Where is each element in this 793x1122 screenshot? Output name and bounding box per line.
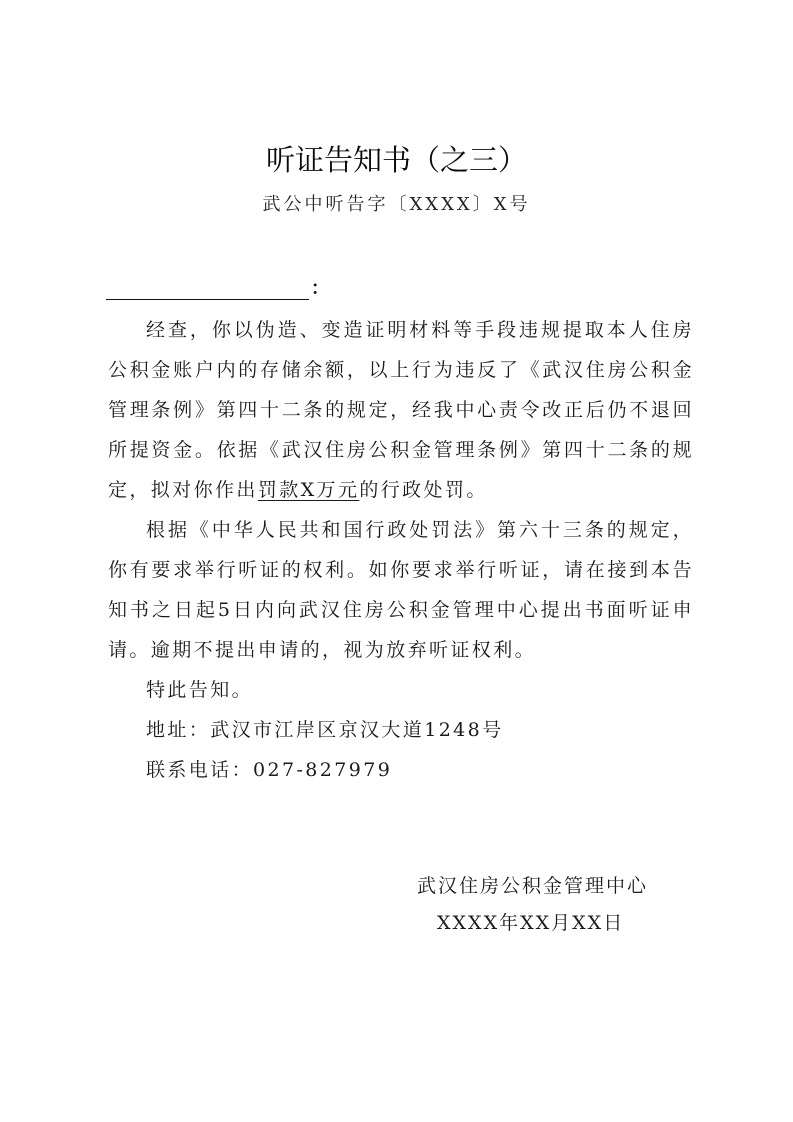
issuing-organization: 武汉住房公积金管理中心 <box>417 868 648 905</box>
paragraph-notice: 特此告知。 <box>108 670 694 710</box>
phone-line: 联系电话：027-827979 <box>108 750 694 790</box>
addressee-colon: ： <box>311 278 329 300</box>
issue-date: XXXX年XX月XX日 <box>417 905 648 942</box>
paragraph-findings: 经查，你以伪造、变造证明材料等手段违规提取本人住房公积金账户内的存储余额，以上行… <box>108 310 694 510</box>
addressee-blank <box>106 279 309 300</box>
document-body: 经查，你以伪造、变造证明材料等手段违规提取本人住房公积金账户内的存储余额，以上行… <box>108 310 694 790</box>
document-page: 听证告知书（之三） 武公中听告字〔XXXX〕X号 ： 经查，你以伪造、变造证明材… <box>0 0 793 1122</box>
penalty-amount: 罚款X万元 <box>258 479 360 501</box>
signature-block: 武汉住房公积金管理中心 XXXX年XX月XX日 <box>417 868 648 942</box>
paragraph-hearing-rights: 根据《中华人民共和国行政处罚法》第六十三条的规定，你有要求举行听证的权利。如你要… <box>108 510 694 670</box>
address-line: 地址：武汉市江岸区京汉大道1248号 <box>108 710 694 750</box>
addressee-line: ： <box>106 274 329 300</box>
findings-text: 经查，你以伪造、变造证明材料等手段违规提取本人住房公积金账户内的存储余额，以上行… <box>108 319 694 501</box>
findings-tail: 的行政处罚。 <box>359 479 487 501</box>
reference-number: 武公中听告字〔XXXX〕X号 <box>0 192 793 218</box>
document-title: 听证告知书（之三） <box>0 140 793 180</box>
